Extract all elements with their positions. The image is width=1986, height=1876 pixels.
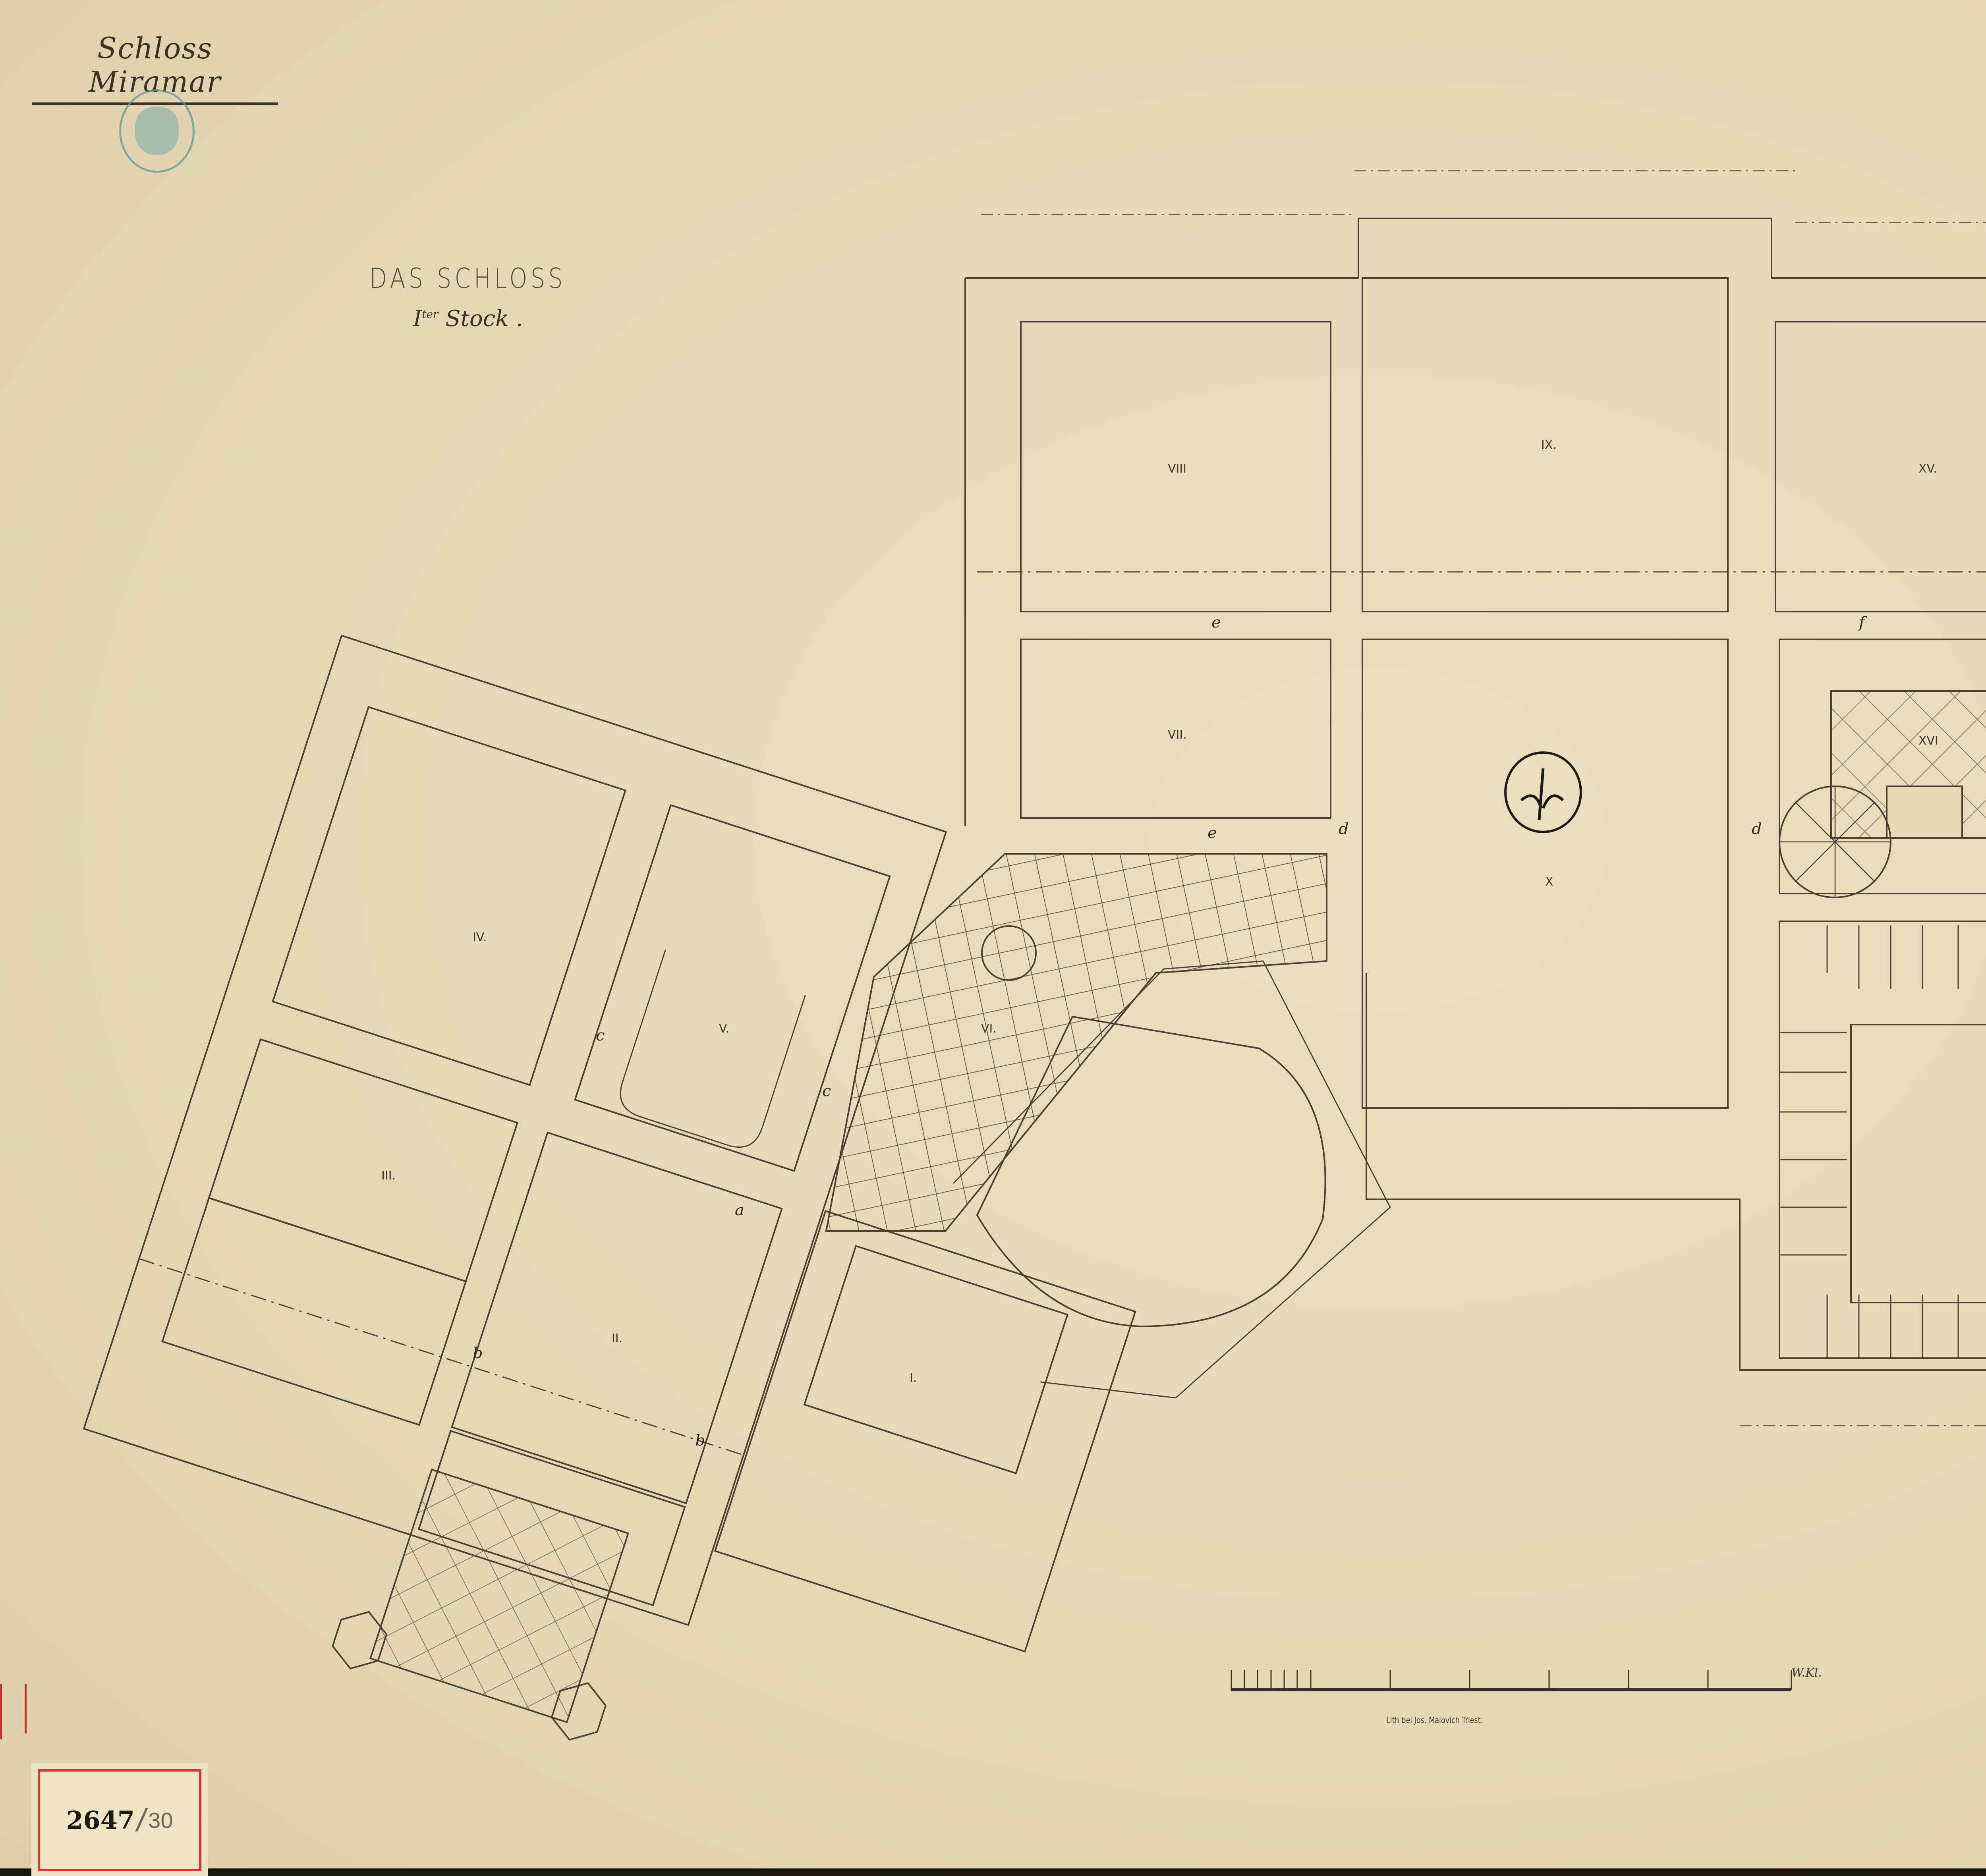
scale-unit: W.Kl. — [1791, 1666, 1822, 1680]
room-label-V: V. — [719, 1022, 729, 1036]
corridor-label-d: d — [1752, 820, 1762, 838]
room-label-II: II. — [612, 1332, 622, 1345]
room-III — [209, 1039, 518, 1282]
catalog-label: 2647 / 30 — [38, 1769, 201, 1871]
corridor-label-f: f — [1858, 613, 1867, 631]
room-label-VIII: VIII — [1168, 462, 1186, 476]
room-label-VI: VI. — [981, 1022, 997, 1036]
corridor-label-b: b — [473, 1344, 483, 1362]
corridor-label-d: d — [1339, 820, 1349, 838]
floor-plan: VIII IX. XV. XIII . XIV. VII. XVI XII. X… — [0, 0, 1986, 1876]
room-XV — [1775, 322, 1986, 612]
corridor-label-c: c — [596, 1026, 605, 1044]
room-label-X: X — [1545, 875, 1553, 889]
catalog-subnumber: 30 — [148, 1807, 173, 1833]
corridor-label-b: b — [695, 1431, 705, 1449]
room-label-XV: XV. — [1918, 462, 1937, 476]
corridor-label-e: e — [1207, 824, 1217, 842]
corridor-label-c: c — [822, 1082, 831, 1100]
room-label-IX: IX. — [1541, 438, 1557, 452]
room-label-IV: IV. — [473, 930, 487, 944]
scale-bar — [1231, 1670, 1791, 1690]
room-V — [575, 805, 890, 1171]
room-label-III: III. — [381, 1169, 396, 1183]
room-VI — [826, 854, 1327, 1231]
room-X — [1362, 639, 1728, 1108]
room-XI — [1779, 921, 1986, 1358]
catalog-number: 2647 — [66, 1806, 135, 1835]
room-label-VII: VII. — [1168, 728, 1187, 742]
catalog-slash: / — [134, 1802, 149, 1839]
lithographer-credit: Lith bei Jos. Malovich Triest. — [1386, 1716, 1483, 1725]
library-stamp-icon — [1505, 753, 1581, 832]
corridor-label-a: a — [735, 1201, 744, 1219]
room-label-XVI: XVI — [1918, 734, 1938, 748]
room-label-I: I. — [910, 1371, 917, 1385]
room-IV — [273, 707, 626, 1085]
corridor-label-e: e — [1211, 613, 1221, 631]
